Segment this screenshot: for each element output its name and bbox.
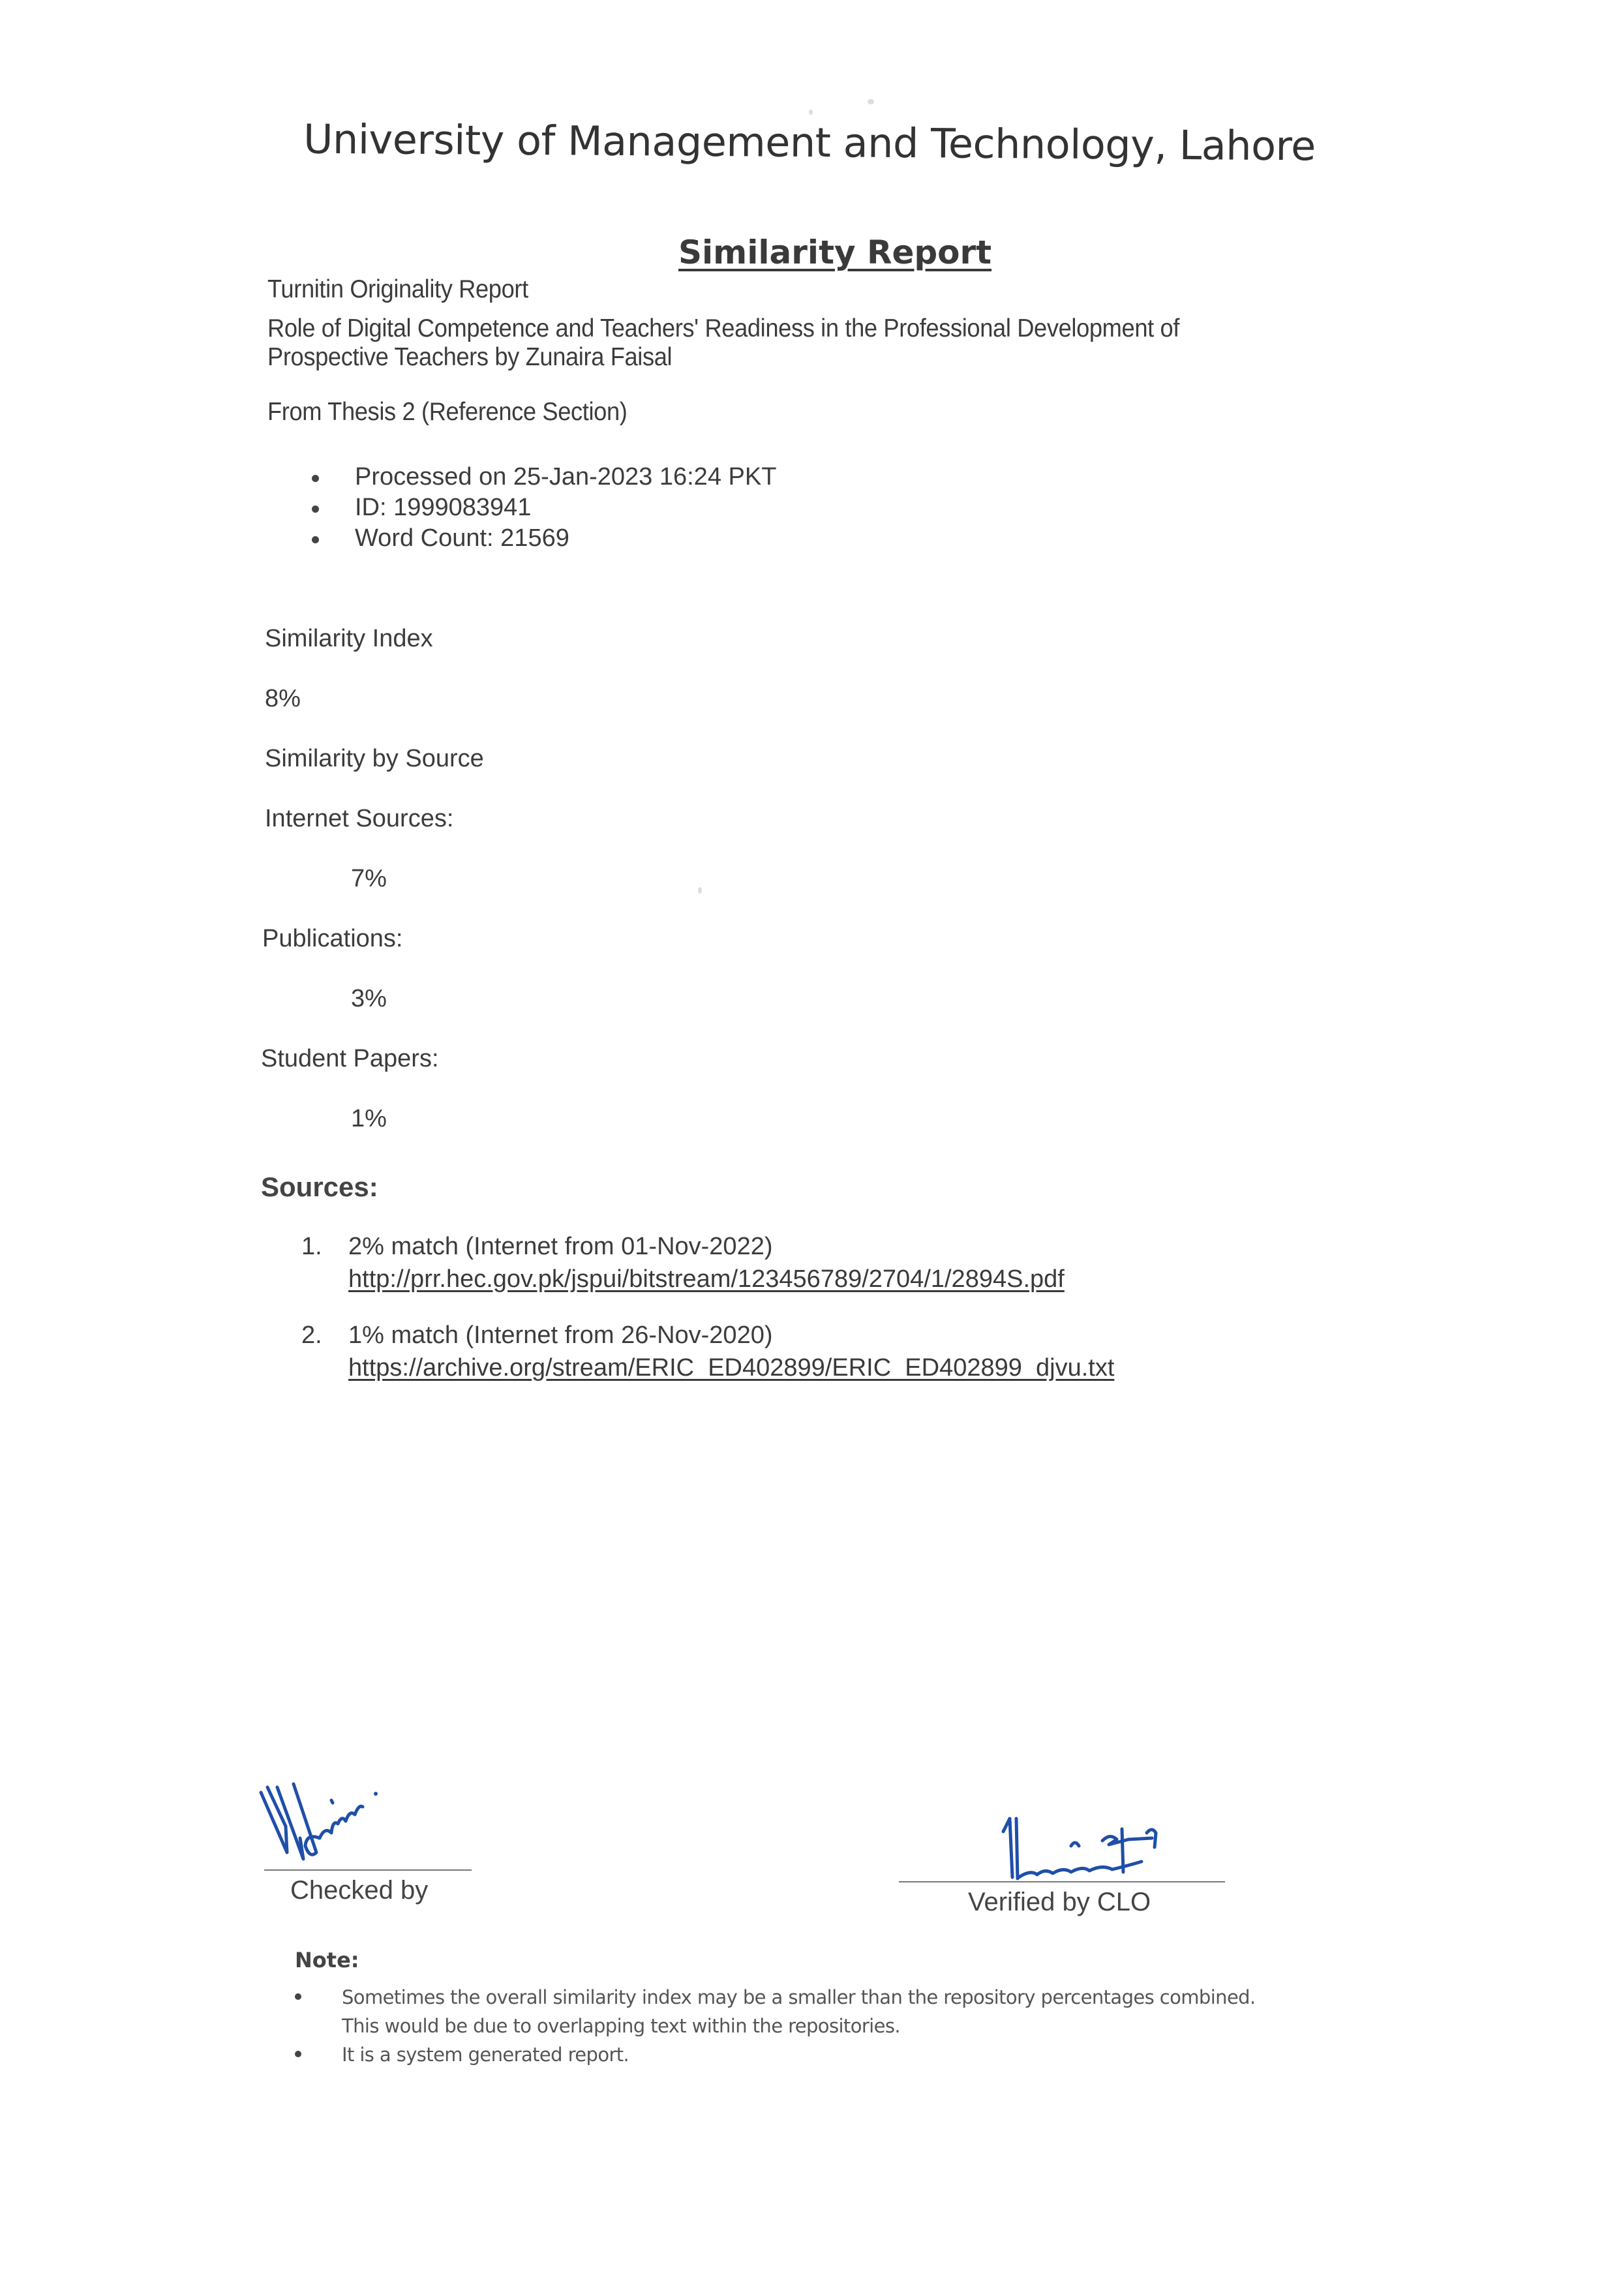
similarity-by-source-label: Similarity by Source (265, 745, 484, 773)
scan-artifact (868, 99, 874, 104)
source-number: 1. (301, 1230, 348, 1263)
source-match: 2% match (Internet from 01-Nov-2022) (348, 1233, 773, 1260)
bullet-icon (295, 1993, 301, 2000)
bullet-icon (312, 475, 319, 482)
similarity-index-value: 8% (265, 685, 301, 713)
source-number: 2. (301, 1319, 348, 1352)
note-list: Sometimes the overall similarity index m… (295, 1983, 1286, 2069)
note-item: It is a system generated report. (295, 2040, 1286, 2069)
from-line: From Thesis 2 (Reference Section) (267, 398, 627, 427)
verified-by-line (899, 1881, 1225, 1882)
report-type: Turnitin Originality Report (267, 275, 528, 304)
internet-sources-label: Internet Sources: (265, 805, 453, 833)
source-link[interactable]: https://archive.org/stream/ERIC_ED402899… (348, 1352, 1114, 1384)
source-item: 2.1% match (Internet from 26-Nov-2020) h… (301, 1319, 1114, 1384)
report-details-list: Processed on 25-Jan-2023 16:24 PKT ID: 1… (312, 462, 776, 554)
sources-heading: Sources: (261, 1171, 378, 1203)
word-count: Word Count: 21569 (312, 523, 776, 554)
checked-by-signature-icon (248, 1761, 417, 1865)
source-match: 1% match (Internet from 26-Nov-2020) (348, 1322, 773, 1349)
note-item: Sometimes the overall similarity index m… (295, 1983, 1286, 2040)
publications-value: 3% (351, 985, 387, 1013)
publications-label: Publications: (262, 925, 402, 953)
processed-date: Processed on 25-Jan-2023 16:24 PKT (312, 462, 776, 492)
thesis-title-line-1: Role of Digital Competence and Teachers'… (267, 314, 1179, 343)
scan-artifact (809, 110, 813, 115)
bullet-icon (312, 506, 319, 513)
note-heading: Note: (295, 1948, 359, 1972)
checked-by-line (264, 1869, 472, 1871)
bullet-icon (295, 2051, 301, 2057)
student-papers-label: Student Papers: (261, 1045, 439, 1073)
checked-by-label: Checked by (290, 1876, 428, 1905)
source-item: 1.2% match (Internet from 01-Nov-2022) h… (301, 1230, 1065, 1295)
report-id: ID: 1999083941 (312, 492, 776, 523)
verified-by-signature-icon (998, 1807, 1194, 1885)
verified-by-label: Verified by CLO (968, 1888, 1151, 1917)
similarity-index-label: Similarity Index (265, 625, 433, 653)
thesis-title-line-2: Prospective Teachers by Zunaira Faisal (267, 343, 672, 372)
scan-artifact (698, 887, 702, 894)
report-heading: Similarity Report (678, 234, 991, 271)
bullet-icon (312, 536, 319, 543)
institution-title: University of Management and Technology,… (0, 113, 1619, 172)
source-link[interactable]: http://prr.hec.gov.pk/jspui/bitstream/12… (348, 1263, 1065, 1295)
student-papers-value: 1% (351, 1105, 387, 1133)
internet-sources-value: 7% (351, 865, 387, 893)
